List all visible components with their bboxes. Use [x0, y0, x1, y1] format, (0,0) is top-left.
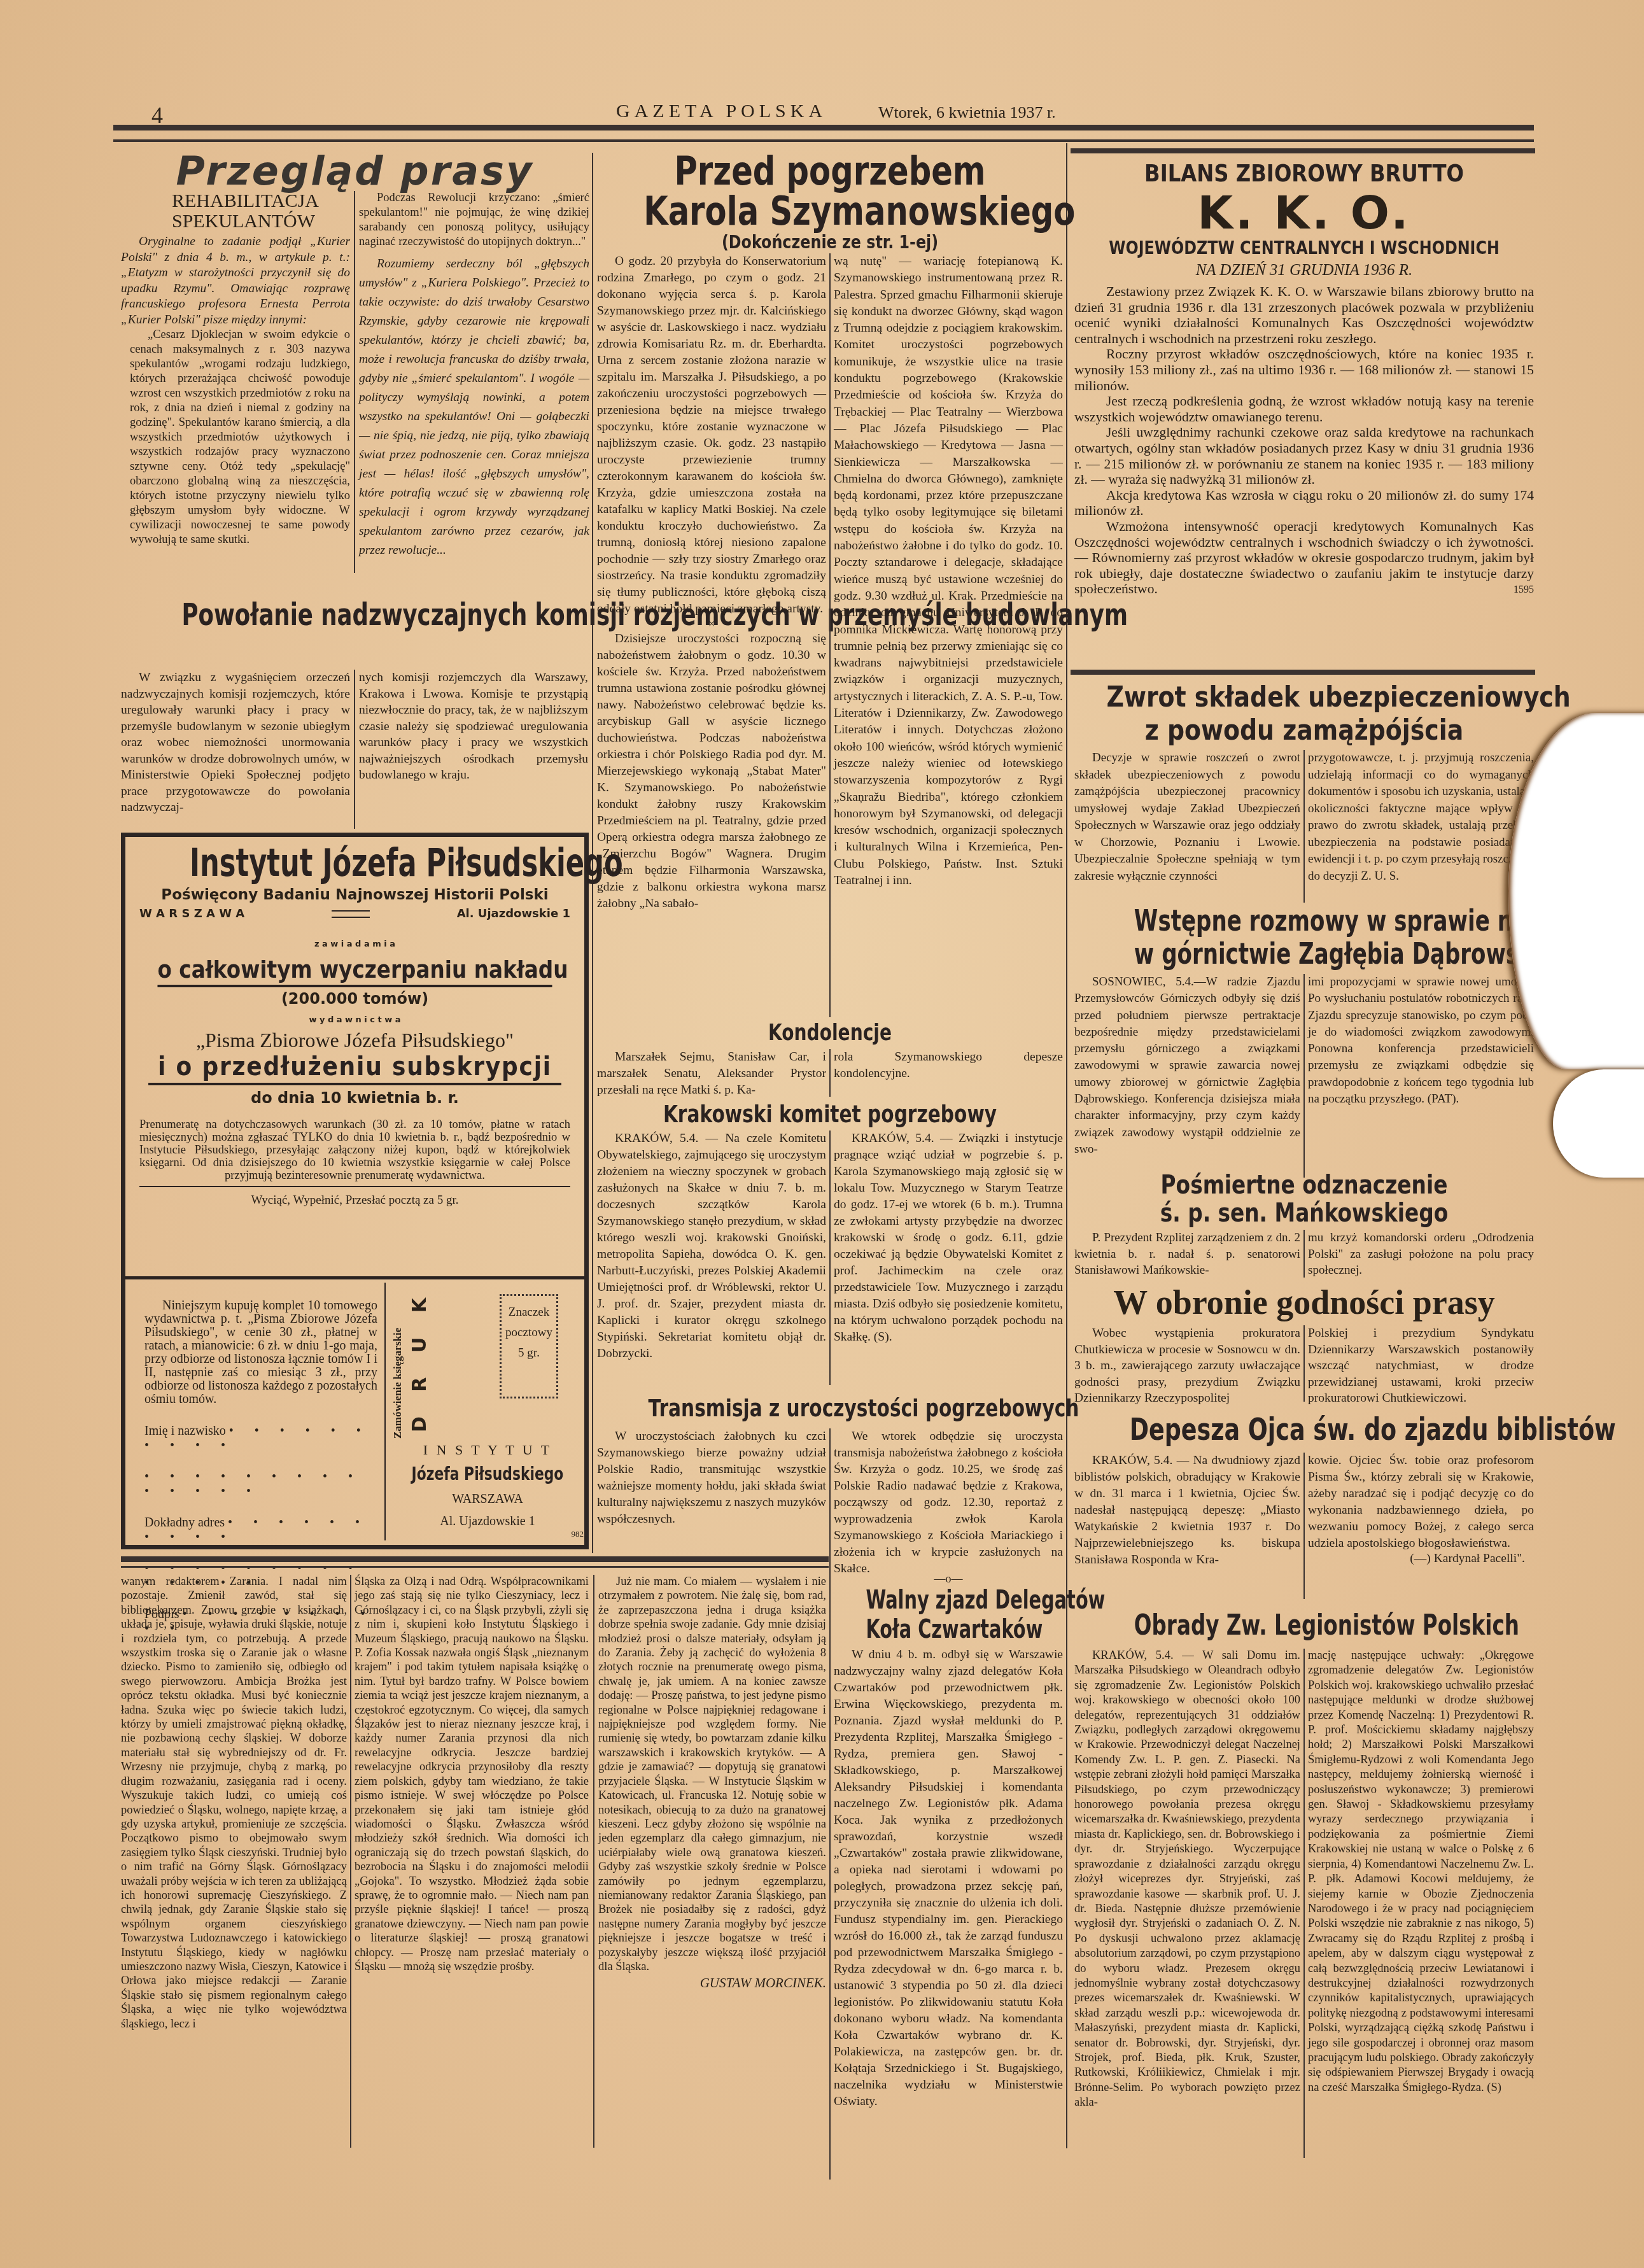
paragraph: Akcja kredytowa Kas wzrosła w ciągu roku…: [1074, 488, 1534, 519]
paragraph: kowie. Ojciec Św. tobie oraz profesorom …: [1308, 1453, 1534, 1552]
article-legionnaires-meeting: Obrady Zw. Legionistów Polskich: [1074, 1609, 1534, 1642]
ad-headline: i o przedłużeniu subskrypcji: [148, 1052, 561, 1085]
stamp-text: 5 gr.: [502, 1343, 556, 1363]
field-label-name: Imię i nazwisko: [144, 1424, 226, 1438]
column-divider: [354, 670, 355, 829]
paragraph: Już nie mam. Co miałem — wysłałem i nie …: [598, 1575, 826, 1974]
ad-headline: o całkowitym wyczerpaniu nakładu: [157, 955, 552, 987]
article-heading: Walny zjazd Delegatów: [866, 1586, 1030, 1615]
paragraph: wą nutę" — wariację fotepianową K. Szyma…: [834, 253, 1063, 889]
paragraph: wanym redaktorem Zarania. I nadal nim po…: [121, 1575, 347, 2031]
column-divider: [1303, 1230, 1305, 1278]
column-divider: [1303, 974, 1305, 1178]
ad-subtitle: Poświęcony Badaniu Najnowszej Historii P…: [125, 887, 584, 903]
article-column: wą nutę" — wariację fotepianową K. Szyma…: [834, 253, 1063, 889]
press-review-col1: REHABILITACJA SPEKULANTÓW Oryginalne to …: [121, 191, 350, 547]
article-column: Marszałek Sejmu, Stanisław Car, i marsza…: [597, 1049, 826, 1099]
article-heading: Przed pogrzebem: [643, 151, 1016, 191]
article-heading: Koła Czwartaków: [866, 1615, 1030, 1644]
paragraph: Roczny przyrost wkładów oszczędnościowyc…: [1074, 346, 1534, 393]
article-insurance-refund: Zwrot składek ubezpieczeniowych z powodu…: [1074, 681, 1534, 747]
article-condolences: Kondolencje: [597, 1020, 1063, 1046]
article-column: imi propozycjami w sprawie nowej umowy. …: [1308, 974, 1534, 1108]
column-divider: [1303, 1453, 1305, 1599]
article-column: O godz. 20 przybyła do Konserwatorium ro…: [597, 253, 826, 912]
column-divider: [829, 1130, 831, 1385]
newspaper-page: 4 GAZETA POLSKA Wtorek, 6 kwietnia 1937 …: [0, 0, 1644, 2268]
press-review-col2: Podczas Rewolucji krzyczano: „śmierć spe…: [359, 191, 589, 560]
article-posthumous-award: Pośmiertne odznaczenie ś. p. sen. Mańkow…: [1074, 1171, 1534, 1227]
article-column: KRAKÓW, 5.4. — Związki i instytucje prag…: [834, 1130, 1063, 1346]
article-column: Decyzje w sprawie roszczeń o zwrot skład…: [1074, 750, 1300, 885]
article-column: KRAKÓW, 5.4. — W sali Domu im. Marszałka…: [1074, 1649, 1300, 2111]
paragraph: KRAKÓW, 5.4. — Na dwudniowy zjazd biblis…: [1074, 1453, 1300, 1568]
postage-stamp-box: Znaczek pocztowy 5 gr.: [500, 1294, 558, 1398]
article-column: KRAKÓW, 5.4. — Na dwudniowy zjazd biblis…: [1074, 1453, 1300, 1568]
ad-volumes: (200.000 tomów): [125, 990, 584, 1008]
paragraph: We wtorek odbędzie się uroczysta transmi…: [834, 1428, 1063, 1577]
section-heading: Przegląd prasy: [121, 148, 589, 194]
column-divider: [829, 253, 831, 1017]
article-column: Polskiej i prezydium Syndykatu Dziennika…: [1308, 1325, 1534, 1407]
paragraph: Podczas Rewolucji krzyczano: „śmierć spe…: [359, 191, 589, 250]
section-rule: [121, 1566, 829, 1568]
name-field-continued[interactable]: • • • • • • • • • • • • • •: [137, 1470, 377, 1499]
section-rule: [121, 1556, 829, 1562]
column-divider: [829, 1049, 831, 1097]
paragraph: Decyzje w sprawie roszczeń o zwrot skład…: [1074, 750, 1300, 885]
article-pope-telegram: Depesza Ojca św. do zjazdu biblistów: [1074, 1412, 1534, 1447]
article-heading: Pośmiertne odznaczenie: [1116, 1171, 1493, 1199]
article-radio-broadcast: Transmisja z uroczystości pogrzebowych: [597, 1394, 1063, 1422]
article-heading: BILANS ZBIOROWY BRUTTO: [1109, 158, 1500, 188]
paragraph: mu krzyż komandorski orderu „Odrodzenia …: [1308, 1230, 1534, 1279]
recipient-name: Józefa Piłsudskiego: [409, 1463, 566, 1484]
newspaper-title: GAZETA POLSKA: [616, 101, 827, 122]
paragraph: przygotowawcze, t. j. przyjmują roszczen…: [1308, 750, 1534, 885]
ad-publication: „Pisma Zbiorowe Józefa Piłsudskiego": [125, 1029, 584, 1052]
paragraph: W uroczystościach żałobnych ku czci Szym…: [597, 1428, 826, 1528]
article-arbitration-commissions: Powołanie nadzwyczajnych komisji rozjemc…: [121, 597, 589, 633]
article-column: mu krzyż komandorski orderu „Odrodzenia …: [1308, 1230, 1534, 1279]
ad-city: W A R S Z A W A: [139, 907, 244, 920]
article-morcinek-col3: Już nie mam. Co miałem — wysłałem i nie …: [598, 1575, 826, 1991]
article-column: W związku z wygaśnięciem orzeczeń nadzwy…: [121, 670, 350, 816]
paragraph: Śląska za Olzą i nad Odrą. Współpracowni…: [355, 1575, 589, 1974]
ad-body: Prenumeratę na dotychczasowych warunkach…: [139, 1118, 570, 1182]
article-column: Wobec wystąpienia prokuratora Chutkiewic…: [1074, 1325, 1300, 1407]
paper-damage: [1553, 1069, 1644, 1178]
decorative-rule: [332, 910, 370, 918]
recipient-label: I N S T Y T U T: [386, 1442, 589, 1458]
column-divider: [593, 1575, 594, 2148]
column-divider: [350, 1575, 351, 2148]
stamp-text: pocztowy: [502, 1323, 556, 1343]
paragraph: Marszałek Sejmu, Stanisław Car, i marsza…: [597, 1049, 826, 1099]
article-subheading: (Dokończenie ze str. 1-ej): [632, 232, 1028, 253]
recipient-address: Al. Ujazdowskie 1: [386, 1514, 589, 1529]
article-heading: ś. p. sen. Mańkowskiego: [1116, 1199, 1493, 1227]
stamp-text: Znaczek: [502, 1302, 556, 1323]
article-date: NA DZIEŃ 31 GRUDNIA 1936 R.: [1074, 260, 1534, 281]
ad-title: Instytut Józefa Piłsudskiego: [190, 841, 520, 885]
article-heading: W obronie godności prasy: [1074, 1283, 1534, 1321]
paragraph: P. Prezydent Rzplitej zarządzeniem z dn.…: [1074, 1230, 1300, 1279]
paragraph: KRAKÓW, 5.4. — W sali Domu im. Marszałka…: [1074, 1649, 1300, 2111]
paragraph: W dniu 4 b. m. odbył się w Warszawie nad…: [834, 1647, 1063, 2110]
ad-address: Al. Ujazdowskie 1: [457, 907, 570, 920]
signature: (—) Kardynał Pacelli".: [1308, 1552, 1534, 1566]
recipient-city: WARSZAWA: [386, 1492, 589, 1507]
box-rule: [1071, 670, 1535, 675]
paragraph: Dzisiejsze uroczystości rozpoczną się na…: [597, 631, 826, 912]
paragraph: rola Szymanowskiego depesze kondolencyjn…: [834, 1049, 1063, 1082]
issue-date: Wtorek, 6 kwietnia 1937 r.: [878, 103, 1056, 122]
coupon-divider: [384, 1283, 386, 1540]
druk-label: D R U K: [409, 1289, 431, 1432]
article-column: mację następujące uchwały: „Okręgowe zgr…: [1308, 1649, 1534, 2095]
article-heading: Transmisja z uroczystości pogrzebowych: [649, 1394, 1012, 1422]
article-heading: Wstępne rozmowy w sprawie nowej umowy: [1134, 904, 1474, 937]
article-press-dignity: W obronie godności prasy: [1074, 1283, 1534, 1321]
paragraph: SOSNOWIEC, 5.4.—W radzie Zjazdu Przemysł…: [1074, 974, 1300, 1158]
article-heading: Obrady Zw. Legionistów Polskich: [1134, 1609, 1474, 1642]
article-column: przygotowawcze, t. j. przyjmują roszczen…: [1308, 750, 1534, 885]
article-heading: w górnictwie Zagłębia Dąbrowskiego: [1134, 937, 1474, 970]
paragraph: nych komisji rozjemczych dla Warszawy, K…: [359, 670, 588, 784]
article-heading: Powołanie nadzwyczajnych komisji rozjemc…: [182, 597, 528, 633]
paragraph: KRAKÓW, 5.4. — Związki i instytucje prag…: [834, 1130, 1063, 1346]
ad-number: 982: [386, 1529, 589, 1539]
author-signature: GUSTAW MORCINEK.: [598, 1975, 826, 1991]
coupon-text: Niniejszym kupuję komplet 10 tomowego wy…: [144, 1299, 377, 1406]
paragraph: „Cesarz Djoklecjan w swoim edykcie o cen…: [130, 328, 350, 547]
paragraph: Rozumiemy serdeczny ból „głębszych umysł…: [359, 255, 589, 560]
article-morcinek-col2: Śląska za Olzą i nad Odrą. Współpracowni…: [355, 1575, 589, 1974]
article-heading: Krakowski komitet pogrzebowy: [649, 1100, 1012, 1128]
paragraph: Jeśli uwzględnimy rachunki czekowe oraz …: [1074, 425, 1534, 487]
article-column: SOSNOWIEC, 5.4.—W radzie Zjazdu Przemysł…: [1074, 974, 1300, 1158]
coupon-recipient: I N S T Y T U T Józefa Piłsudskiego WARS…: [386, 1442, 589, 1539]
column-divider: [1303, 1649, 1305, 2158]
article-czwartacy-congress: —o— Walny zjazd Delegatów Koła Czwartakó…: [834, 1572, 1063, 2110]
column-divider: [829, 1428, 831, 2180]
article-column: nych komisji rozjemczych dla Warszawy, K…: [359, 670, 588, 784]
ad-label: w y d a w n i c t w a: [125, 1015, 584, 1025]
field-label-address: Dokładny adres: [144, 1516, 225, 1530]
article-column: rola Szymanowskiego depesze kondolencyjn…: [834, 1049, 1063, 1082]
ad-deadline: do dnia 10 kwietnia b. r.: [125, 1089, 584, 1107]
column-divider: [1066, 143, 1067, 2148]
paragraph: Oryginalne to zadanie podjął „Kurier Pol…: [121, 234, 350, 328]
paragraph: mację następujące uchwały: „Okręgowe zgr…: [1308, 1649, 1534, 2095]
paragraph: KRAKÓW, 5.4. — Na czele Komitetu Obywate…: [597, 1130, 826, 1362]
article-heading: z powodu zamążpójścia: [1107, 714, 1502, 747]
article-subheading: REHABILITACJA SPEKULANTÓW: [172, 191, 299, 232]
article-column: P. Prezydent Rzplitej zarządzeniem z dn.…: [1074, 1230, 1300, 1279]
article-heading: Zwrot składek ubezpieczeniowych: [1107, 681, 1502, 714]
column-divider: [354, 191, 355, 573]
paragraph: O godz. 20 przybyła do Konserwatorium ro…: [597, 253, 826, 617]
coupon-cut-instruction: Wyciąć, Wypełnić, Przesłać pocztą za 5 g…: [125, 1194, 584, 1208]
article-mining-talks: Wstępne rozmowy w sprawie nowej umowy w …: [1074, 904, 1534, 970]
ad-label: z a w i a d a m i a: [125, 940, 584, 949]
paragraph: W związku z wygaśnięciem orzeczeń nadzwy…: [121, 670, 350, 816]
coupon-separator: [125, 1276, 584, 1279]
article-column: We wtorek odbędzie się uroczysta transmi…: [834, 1428, 1063, 1577]
column-divider: [1303, 750, 1305, 903]
separator-mark: ×: [597, 617, 826, 631]
article-morcinek-col1: wanym redaktorem Zarania. I nadal nim po…: [121, 1575, 347, 2031]
article-column: KRAKÓW, 5.4. — Na czele Komitetu Obywate…: [597, 1130, 826, 1362]
article-kko-balance: BILANS ZBIOROWY BRUTTO K. K. O. WOJEWÓDZ…: [1074, 158, 1534, 596]
vertical-label: Zamówienie księgarskie: [391, 1328, 404, 1439]
paragraph: imi propozycjami w sprawie nowej umowy. …: [1308, 974, 1534, 1108]
article-krakow-committee: Krakowski komitet pogrzebowy: [597, 1100, 1063, 1128]
masthead-rule: [113, 125, 1534, 142]
article-heading: K. K. O.: [1074, 188, 1534, 237]
paragraph: Polskiej i prezydium Syndykatu Dziennika…: [1308, 1325, 1534, 1407]
article-subheading: WOJEWÓDZTW CENTRALNYCH I WSCHODNICH: [1109, 237, 1500, 260]
paragraph: Zestawiony przez Związek K. K. O. w Wars…: [1074, 284, 1534, 346]
article-heading: Depesza Ojca św. do zjazdu biblistów: [1130, 1412, 1479, 1447]
article-heading: Karola Szymanowskiego: [643, 191, 1016, 232]
box-rule: [1071, 148, 1535, 153]
paragraph: Wobec wystąpienia prokuratora Chutkiewic…: [1074, 1325, 1300, 1407]
article-szymanowski-funeral: Przed pogrzebem Karola Szymanowskiego (D…: [597, 151, 1063, 253]
article-press-review: Przegląd prasy: [121, 148, 589, 194]
separator-mark: —o—: [834, 1572, 1063, 1586]
advertisement-pilsudski-institute: Instytut Józefa Piłsudskiego Poświęcony …: [121, 833, 589, 1549]
paragraph: Jest rzeczą podkreślenia godną, że wzros…: [1074, 393, 1534, 425]
article-column: W uroczystościach żałobnych ku czci Szym…: [597, 1428, 826, 1528]
column-divider: [1303, 1325, 1305, 1402]
article-heading: Kondolencje: [649, 1020, 1012, 1046]
article-column: kowie. Ojciec Św. tobie oraz profesorom …: [1308, 1453, 1534, 1566]
